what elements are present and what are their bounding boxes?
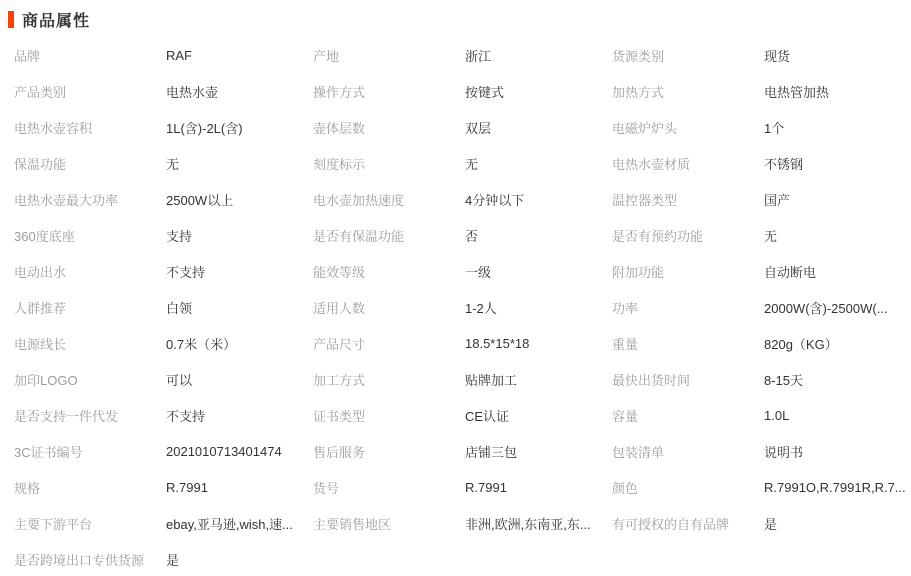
attribute-pair: 电磁炉炉头1个 <box>612 109 911 145</box>
attribute-pair: 保温功能无 <box>14 145 313 181</box>
attribute-label: 是否支持一件代发 <box>14 406 166 425</box>
attribute-label: 售后服务 <box>313 442 465 461</box>
attribute-pair: 操作方式按键式 <box>313 73 612 109</box>
attribute-pair: 证书类型CE认证 <box>313 397 612 433</box>
attribute-label: 是否跨境出口专供货源 <box>14 550 166 569</box>
attribute-value: 自动断电 <box>764 262 911 281</box>
attribute-pair: 壶体层数双层 <box>313 109 612 145</box>
attribute-value: 可以 <box>166 370 313 389</box>
attribute-value: 支持 <box>166 226 313 245</box>
attribute-pair: 颜色R.7991O,R.7991R,R.7... <box>612 469 911 505</box>
attribute-pair: 3C证书编号2021010713401474 <box>14 433 313 469</box>
attribute-pair: 最快出货时间8-15天 <box>612 361 911 397</box>
attribute-label: 最快出货时间 <box>612 370 764 389</box>
attribute-pair: 产品尺寸18.5*15*18 <box>313 325 612 361</box>
attribute-value: 8-15天 <box>764 370 911 389</box>
attribute-pair: 电源线长0.7米（米） <box>14 325 313 361</box>
attribute-pair: 电热水壶材质不锈钢 <box>612 145 911 181</box>
attribute-value: 4分钟以下 <box>465 190 612 209</box>
attribute-value: 不锈钢 <box>764 154 911 173</box>
attribute-value: R.7991 <box>166 480 313 495</box>
attribute-value: CE认证 <box>465 406 612 425</box>
attribute-pair: 人群推荐白领 <box>14 289 313 325</box>
attribute-label: 有可授权的自有品牌 <box>612 514 764 533</box>
attribute-pair: 品牌RAF <box>14 37 313 73</box>
attribute-value: 是 <box>166 550 313 569</box>
attribute-pair: 是否有保温功能否 <box>313 217 612 253</box>
attribute-label: 3C证书编号 <box>14 442 166 461</box>
attribute-label: 重量 <box>612 334 764 353</box>
attribute-label: 电源线长 <box>14 334 166 353</box>
attribute-value: 2000W(含)-2500W(... <box>764 298 911 317</box>
attribute-value: 电热管加热 <box>764 82 911 101</box>
attribute-value: 双层 <box>465 118 612 137</box>
attribute-label: 加印LOGO <box>14 370 166 389</box>
attribute-value: 1L(含)-2L(含) <box>166 118 313 137</box>
attribute-value: 现货 <box>764 46 911 65</box>
accent-bar-icon <box>8 11 14 28</box>
attribute-label: 温控器类型 <box>612 190 764 209</box>
attribute-label: 电动出水 <box>14 262 166 281</box>
attribute-pair: 规格R.7991 <box>14 469 313 505</box>
attribute-pair: 电热水壶容积1L(含)-2L(含) <box>14 109 313 145</box>
attribute-label: 电磁炉炉头 <box>612 118 764 137</box>
attribute-value: 无 <box>166 154 313 173</box>
attribute-label: 颜色 <box>612 478 764 497</box>
attribute-pair: 重量820g（KG） <box>612 325 911 361</box>
attribute-pair: 加工方式贴牌加工 <box>313 361 612 397</box>
attribute-value: 国产 <box>764 190 911 209</box>
attribute-label: 主要销售地区 <box>313 514 465 533</box>
attribute-label: 是否有保温功能 <box>313 226 465 245</box>
attribute-label: 360度底座 <box>14 226 166 245</box>
attribute-pair: 货源类别现货 <box>612 37 911 73</box>
attribute-value: 2021010713401474 <box>166 444 313 459</box>
attribute-pair: 是否支持一件代发不支持 <box>14 397 313 433</box>
attribute-value: 无 <box>764 226 911 245</box>
attribute-label: 是否有预约功能 <box>612 226 764 245</box>
attribute-label: 壶体层数 <box>313 118 465 137</box>
attribute-value: 1个 <box>764 118 911 137</box>
attribute-value: 一级 <box>465 262 612 281</box>
attribute-value: R.7991O,R.7991R,R.7... <box>764 480 911 495</box>
attribute-value: ebay,亚马逊,wish,速... <box>166 514 313 533</box>
attribute-value: 浙江 <box>465 46 612 65</box>
attribute-pair: 有可授权的自有品牌是 <box>612 505 911 541</box>
attribute-pair: 附加功能自动断电 <box>612 253 911 289</box>
attribute-pair: 适用人数1-2人 <box>313 289 612 325</box>
attribute-pair: 360度底座支持 <box>14 217 313 253</box>
attribute-value: 是 <box>764 514 911 533</box>
attribute-value: 18.5*15*18 <box>465 336 612 351</box>
attribute-label: 功率 <box>612 298 764 317</box>
attribute-label: 包装清单 <box>612 442 764 461</box>
attribute-label: 能效等级 <box>313 262 465 281</box>
page-title: 商品属性 <box>22 8 90 31</box>
attribute-value: 否 <box>465 226 612 245</box>
attribute-label: 货源类别 <box>612 46 764 65</box>
attribute-label: 电热水壶材质 <box>612 154 764 173</box>
attribute-pair: 功率2000W(含)-2500W(... <box>612 289 911 325</box>
attribute-label: 产品尺寸 <box>313 334 465 353</box>
attribute-value: 说明书 <box>764 442 911 461</box>
attribute-value: 1.0L <box>764 408 911 423</box>
attribute-value: 贴牌加工 <box>465 370 612 389</box>
attribute-label: 产地 <box>313 46 465 65</box>
attribute-label: 电热水壶最大功率 <box>14 190 166 209</box>
attribute-pair: 加印LOGO可以 <box>14 361 313 397</box>
attribute-label: 刻度标示 <box>313 154 465 173</box>
attribute-value: 店铺三包 <box>465 442 612 461</box>
attribute-label: 证书类型 <box>313 406 465 425</box>
panel-header: 商品属性 <box>0 0 911 30</box>
attribute-value: 白领 <box>166 298 313 317</box>
attribute-label: 主要下游平台 <box>14 514 166 533</box>
attribute-pair: 货号R.7991 <box>313 469 612 505</box>
attribute-pair: 包装清单说明书 <box>612 433 911 469</box>
attribute-label: 保温功能 <box>14 154 166 173</box>
attribute-value: 非洲,欧洲,东南亚,东... <box>465 514 612 533</box>
attribute-value: 0.7米（米） <box>166 334 313 353</box>
attribute-value: 不支持 <box>166 262 313 281</box>
attribute-label: 货号 <box>313 478 465 497</box>
attribute-pair: 产品类别电热水壶 <box>14 73 313 109</box>
attribute-value: 无 <box>465 154 612 173</box>
attribute-pair: 电动出水不支持 <box>14 253 313 289</box>
attributes-grid: 品牌RAF产地浙江货源类别现货产品类别电热水壶操作方式按键式加热方式电热管加热电… <box>0 37 911 576</box>
attribute-pair: 产地浙江 <box>313 37 612 73</box>
attribute-value: 2500W以上 <box>166 190 313 209</box>
attribute-label: 附加功能 <box>612 262 764 281</box>
attribute-label: 容量 <box>612 406 764 425</box>
attribute-pair: 刻度标示无 <box>313 145 612 181</box>
attribute-pair: 电水壶加热速度4分钟以下 <box>313 181 612 217</box>
attribute-label: 操作方式 <box>313 82 465 101</box>
attribute-pair: 容量1.0L <box>612 397 911 433</box>
attribute-pair: 主要下游平台ebay,亚马逊,wish,速... <box>14 505 313 541</box>
attribute-pair: 加热方式电热管加热 <box>612 73 911 109</box>
attribute-pair: 主要销售地区非洲,欧洲,东南亚,东... <box>313 505 612 541</box>
attribute-pair: 电热水壶最大功率2500W以上 <box>14 181 313 217</box>
attribute-label: 规格 <box>14 478 166 497</box>
attribute-value: 1-2人 <box>465 298 612 317</box>
attribute-value: 按键式 <box>465 82 612 101</box>
attribute-pair: 售后服务店铺三包 <box>313 433 612 469</box>
attribute-label: 电热水壶容积 <box>14 118 166 137</box>
attribute-label: 人群推荐 <box>14 298 166 317</box>
attribute-label: 适用人数 <box>313 298 465 317</box>
product-attributes-panel: 商品属性 品牌RAF产地浙江货源类别现货产品类别电热水壶操作方式按键式加热方式电… <box>0 0 911 576</box>
attribute-pair: 是否有预约功能无 <box>612 217 911 253</box>
attribute-label: 加热方式 <box>612 82 764 101</box>
attribute-pair: 能效等级一级 <box>313 253 612 289</box>
attribute-pair: 温控器类型国产 <box>612 181 911 217</box>
attribute-value: 电热水壶 <box>166 82 313 101</box>
attribute-label: 产品类别 <box>14 82 166 101</box>
attribute-value: 820g（KG） <box>764 334 911 353</box>
attribute-label: 品牌 <box>14 46 166 65</box>
attribute-value: RAF <box>166 48 313 63</box>
attribute-value: 不支持 <box>166 406 313 425</box>
attribute-label: 电水壶加热速度 <box>313 190 465 209</box>
attribute-value: R.7991 <box>465 480 612 495</box>
attribute-label: 加工方式 <box>313 370 465 389</box>
attribute-pair: 是否跨境出口专供货源是 <box>14 541 313 576</box>
